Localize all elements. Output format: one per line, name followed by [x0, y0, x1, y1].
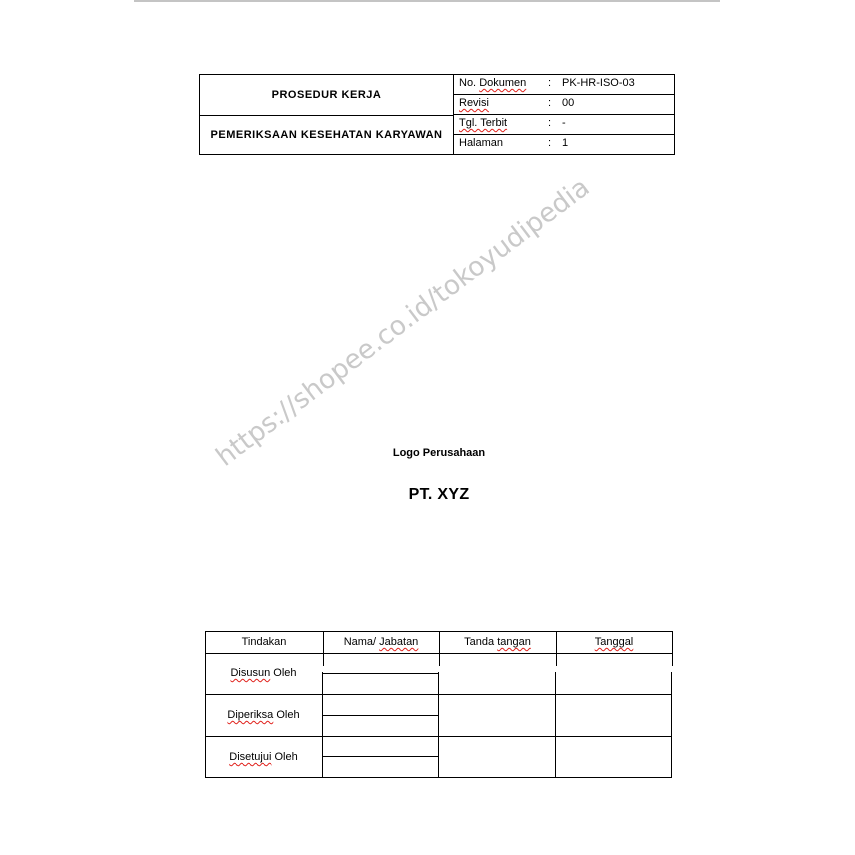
column-divider [672, 631, 673, 666]
meta-label-part: No. [459, 77, 479, 89]
column-header-action: Tindakan [205, 636, 323, 648]
procedure-title: PROSEDUR KERJA [200, 75, 453, 116]
page-value: 1 [562, 137, 568, 149]
watermark-text: https://shopee.co.id/tokoyudipedia [212, 174, 594, 471]
revision-value: 00 [562, 97, 574, 109]
header-text-part: Jabatan [379, 636, 418, 648]
meta-row-revision: Revisi : 00 [454, 95, 674, 115]
row-label-part: Disusun [230, 667, 270, 679]
meta-row-issue-date: Tgl. Terbit : - [454, 115, 674, 135]
name-position-subdivider [322, 715, 439, 716]
column-header-date: Tanggal [556, 636, 672, 648]
header-text-part: Tanggal [595, 636, 634, 648]
row-label-approved-by: Disetujui Oleh [205, 751, 322, 763]
meta-colon: : [548, 117, 551, 129]
meta-label: Tgl. Terbit [459, 117, 507, 129]
meta-label: Revisi [459, 97, 489, 109]
meta-label-part: Dokumen [479, 77, 526, 89]
column-header-name-position: Nama/ Jabatan [323, 636, 439, 648]
page-top-edge [134, 0, 720, 2]
header-text-part: Tanda [464, 636, 497, 648]
header-title-column: PROSEDUR KERJA PEMERIKSAAN KESEHATAN KAR… [200, 75, 454, 154]
meta-label: Halaman [459, 137, 503, 149]
procedure-subject: PEMERIKSAAN KESEHATAN KARYAWAN [200, 115, 453, 154]
column-divider [322, 672, 323, 778]
row-divider [205, 736, 672, 737]
row-label-part: Diperiksa [227, 709, 273, 721]
header-meta-column: No. Dokumen : PK-HR-ISO-03 Revisi : 00 T… [454, 75, 674, 154]
name-position-subdivider [322, 756, 439, 757]
column-divider [671, 672, 672, 778]
meta-label: No. Dokumen [459, 77, 526, 89]
company-name: PT. XYZ [0, 486, 855, 504]
document-header-table: PROSEDUR KERJA PEMERIKSAAN KESEHATAN KAR… [199, 74, 675, 155]
header-text-part: Nama/ [344, 636, 379, 648]
approval-table: Tindakan Nama/ Jabatan Tanda tangan Tang… [205, 631, 673, 778]
company-logo-placeholder: Logo Perusahaan [0, 447, 855, 459]
document-number-value: PK-HR-ISO-03 [562, 77, 635, 89]
meta-row-page: Halaman : 1 [454, 135, 674, 154]
row-divider [205, 694, 672, 695]
row-label-part: Oleh [270, 667, 296, 679]
row-label-part: Oleh [271, 751, 297, 763]
column-divider [555, 672, 556, 778]
issue-date-value: - [562, 117, 566, 129]
meta-colon: : [548, 137, 551, 149]
column-divider [438, 672, 439, 778]
row-label-part: Oleh [273, 709, 299, 721]
column-header-signature: Tanda tangan [439, 636, 556, 648]
meta-row-document-number: No. Dokumen : PK-HR-ISO-03 [454, 75, 674, 95]
meta-colon: : [548, 97, 551, 109]
row-label-prepared-by: Disusun Oleh [205, 667, 322, 679]
name-position-subdivider [322, 673, 439, 674]
meta-colon: : [548, 77, 551, 89]
row-label-checked-by: Diperiksa Oleh [205, 709, 322, 721]
header-text-part: tangan [497, 636, 531, 648]
row-label-part: Disetujui [229, 751, 271, 763]
